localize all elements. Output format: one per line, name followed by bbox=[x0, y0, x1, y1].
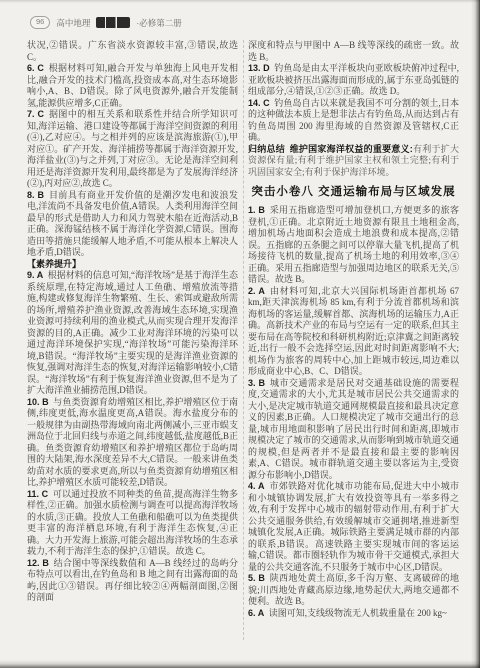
item-explanation: 根据材料可知,融合开发与单独海上风电开发相比,融合开发的技术门槛高,投资成本高,… bbox=[27, 63, 238, 108]
item-explanation: 城市交通需求是居民对交通基础设施的需要程度,交通需求的大小,尤其是城市居民公共交… bbox=[248, 378, 459, 480]
item-explanation: 根据材料的信息可知,“海洋牧场”是基于海洋生态系统原理,在特定海域,通过人工鱼礁… bbox=[27, 270, 238, 395]
item-number: 2. bbox=[248, 286, 258, 296]
answer-item: 4. A 市郊铁路对优化城市功能布局,促进大中小城市和小城镇协调发展,扩大有效投… bbox=[248, 481, 459, 573]
item-number: 6. bbox=[27, 63, 37, 73]
summary-lead: 维护国家海洋权益的重要意义: bbox=[285, 144, 413, 154]
summary-label: 归纳总结 bbox=[248, 144, 285, 154]
answer-item: 11. C 可以通过投放不同种类的鱼苗,提高海洋生物多样性,②正确。加强水质检测… bbox=[27, 489, 238, 558]
scan-edge-bottom bbox=[0, 660, 480, 668]
answer-item: 9. A 根据材料的信息可知,“海洋牧场”是基于海洋生态系统原理,在特定海域,通… bbox=[27, 270, 238, 397]
answer-item: 2. A 由材料可知,北京大兴国际机场距首都机场 67 km,距天津滨海机场 8… bbox=[248, 286, 459, 378]
answer-item: 13. D 钓鱼岛是由太平洋板块向亚欧板块俯冲过程中,亚欧板块被挤压出露海面而形… bbox=[248, 63, 459, 98]
item-number: 13. bbox=[248, 63, 263, 73]
page-header: 96 高中地理 ·必修第二册 bbox=[30, 16, 182, 29]
summary-note: 归纳总结 维护国家海洋权益的重要意义:有利于扩大资源保有量;有利于维护国家主权和… bbox=[248, 144, 459, 179]
header-subject: 高中地理 bbox=[56, 17, 90, 29]
item-explanation: 陕西地处黄土高原,多千沟万壑、支离破碎的地貌;川西地处青藏高原边缘,地势起伏大,… bbox=[248, 573, 459, 606]
scan-edge-top bbox=[0, 0, 480, 3]
answer-item: 12. B 结合图中等深线数值和 A—B 线经过的岛屿分布特点可以看出,在钓鱼岛… bbox=[27, 558, 238, 604]
right-column: 深度和特点与甲图中 A—B 线等深线的疏密一致。故选 B。13. D 钓鱼岛是由… bbox=[248, 40, 459, 648]
item-number: 9. bbox=[27, 270, 37, 280]
column-divider bbox=[243, 40, 244, 640]
page-number-badge: 96 bbox=[30, 16, 50, 29]
item-number: 14. bbox=[248, 98, 263, 108]
left-column: 状况,②错误。广东省淡水资源较丰富,③错误,故选 C。6. C 根据材料可知,融… bbox=[27, 40, 238, 648]
answer-item: 10. B 与鱼类资源育幼增殖区相比,养护增殖区位于南侧,纬度更低,海水温度更高… bbox=[27, 397, 238, 489]
answer-item: 6. C 根据材料可知,融合开发与单独海上风电开发相比,融合开发的技术门槛高,投… bbox=[27, 63, 238, 109]
item-number: 8. bbox=[27, 190, 37, 200]
item-explanation: 采用五指廊造型可增加登机口,方便更多的旅客登机,①正确。北京附近土地资源有限且土… bbox=[248, 205, 459, 284]
brand-logo-icon bbox=[96, 17, 130, 28]
item-number: 1. bbox=[248, 205, 258, 215]
item-number: 6. bbox=[248, 608, 258, 618]
item-explanation: 钓鱼岛是由太平洋板块向亚欧板块俯冲过程中,亚欧板块被挤压出露海面而形成的,属于东… bbox=[248, 63, 459, 96]
item-explanation: 据图中的相互关系和联系性并结合所学知识可知,海洋运输、港口建设等都属于海洋空间资… bbox=[27, 109, 238, 188]
answer-item: 7. C 据图中的相互关系和联系性并结合所学知识可知,海洋运输、港口建设等都属于… bbox=[27, 109, 238, 190]
section-marker: 【素养提升】 bbox=[27, 259, 238, 271]
item-explanation: 钓鱼岛自古以来就是我国不可分割的领土,日本的这种做法本质上是想非法占有钓鱼岛,从… bbox=[248, 98, 459, 143]
continuation-text: 深度和特点与甲图中 A—B 线等深线的疏密一致。故选 B。 bbox=[248, 40, 459, 63]
item-number: 5. bbox=[248, 573, 258, 583]
item-explanation: 与鱼类资源育幼增殖区相比,养护增殖区位于南侧,纬度更低,海水温度更高,A错误。海… bbox=[27, 397, 238, 488]
item-explanation: 结合图中等深线数值和 A—B 线经过的岛屿分布特点可以看出,在钓鱼岛和 B 地之… bbox=[27, 558, 238, 603]
answer-item: 14. C 钓鱼岛自古以来就是我国不可分割的领土,日本的这种做法本质上是想非法占… bbox=[248, 98, 459, 144]
answer-item: 1. B 采用五指廊造型可增加登机口,方便更多的旅客登机,①正确。北京附近土地资… bbox=[248, 205, 459, 286]
item-explanation: 由材料可知,北京大兴国际机场距首都机场 67 km,距天津滨海机场 85 km,… bbox=[248, 286, 459, 377]
item-explanation: 目前具有商业开发价值的是潮汐发电和波浪发电,洋流尚不具备发电价值,A错误。人类利… bbox=[27, 190, 238, 258]
item-explanation: 可以通过投放不同种类的鱼苗,提高海洋生物多样性,②正确。加强水质检测与调查可以提… bbox=[27, 489, 238, 557]
item-number: 12. bbox=[27, 558, 42, 568]
answer-item: 6. A 读图可知,支线级物流无人机载重量在 200 kg~ bbox=[248, 608, 459, 620]
header-edition: ·必修第二册 bbox=[136, 17, 181, 29]
item-number: 10. bbox=[27, 397, 42, 407]
section-heading: 突击小卷八 交通运输布局与区域发展 bbox=[248, 185, 459, 199]
scan-edge-right bbox=[471, 0, 480, 668]
answer-item: 8. B 目前具有商业开发价值的是潮汐发电和波浪发电,洋流尚不具备发电价值,A错… bbox=[27, 190, 238, 259]
textbook-answer-page: 96 高中地理 ·必修第二册 状况,②错误。广东省淡水资源较丰富,③错误,故选 … bbox=[0, 0, 480, 668]
item-number: 7. bbox=[27, 109, 37, 119]
item-explanation: 市郊铁路对优化城市功能布局,促进大中小城市和小城镇协调发展,扩大有效投资等具有一… bbox=[248, 481, 459, 572]
answer-item: 5. B 陕西地处黄土高原,多千沟万壑、支离破碎的地貌;川西地处青藏高原边缘,地… bbox=[248, 573, 459, 608]
item-number: 4. bbox=[248, 481, 258, 491]
continuation-text: 状况,②错误。广东省淡水资源较丰富,③错误,故选 C。 bbox=[27, 40, 238, 63]
answer-item: 3. B 城市交通需求是居民对交通基础设施的需要程度,交通需求的大小,尤其是城市… bbox=[248, 378, 459, 482]
item-number: 11. bbox=[27, 489, 42, 499]
item-explanation: 读图可知,支线级物流无人机载重量在 200 kg~ bbox=[264, 608, 447, 618]
item-number: 3. bbox=[248, 378, 258, 388]
two-column-body: 状况,②错误。广东省淡水资源较丰富,③错误,故选 C。6. C 根据材料可知,融… bbox=[27, 40, 459, 648]
